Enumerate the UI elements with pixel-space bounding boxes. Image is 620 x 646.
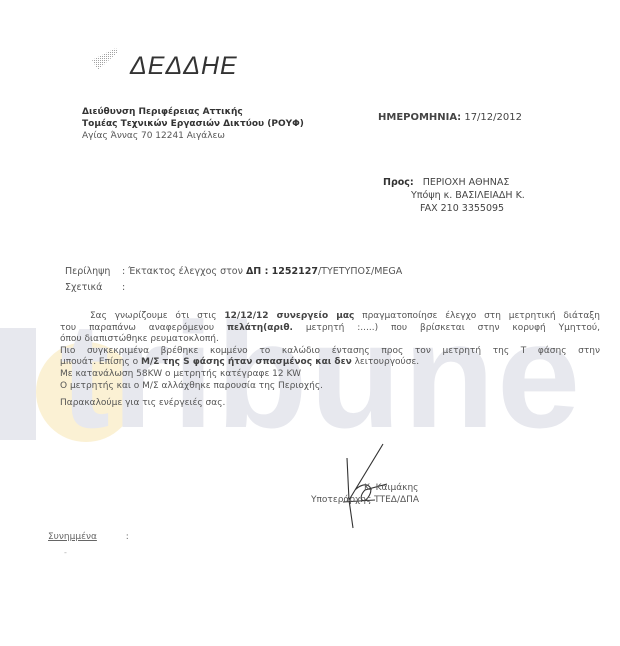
- sender-address: Αγίας Άννας 70 12241 Αιγάλεω: [82, 130, 304, 142]
- document-date: ΗΜΕΡΟΜΗΝΙΑ: 17/12/2012: [378, 112, 522, 123]
- body-text: Σας γνωρίζουμε ότι στις: [90, 311, 224, 321]
- signatory-title: Υποτεράρχης ΤΤΕΔ/ΔΠΑ: [311, 495, 419, 505]
- body-paragraph-1-end: όπου διαπιστώθηκε ρευματοκλοπή.: [60, 334, 600, 346]
- related-separator: :: [122, 282, 125, 293]
- body-text: πραγματοποίησε έλεγχο στη μετρητική διάτ…: [354, 311, 600, 321]
- body-paragraph-3: Με κατανάλωση 58KW ο μετρητής κατέγραφε …: [60, 369, 600, 381]
- recipient-fax: FAX 210 3355095: [383, 202, 525, 215]
- sender-block: Διεύθυνση Περιφέρειας Αττικής Τομέας Τεχ…: [82, 106, 304, 142]
- summary-meter-id: ΔΠ : 1252127: [246, 266, 318, 277]
- related-label: Σχετικά: [65, 280, 119, 296]
- date-value: 17/12/2012: [464, 112, 522, 123]
- attachments-item: -: [64, 548, 67, 557]
- body-text: λειτουργούσε.: [352, 357, 419, 367]
- logo-icon: [90, 46, 120, 72]
- recipient-block: Προς: ΠΕΡΙΟΧΗ ΑΘΗΝΑΣ Υπόψη κ. ΒΑΣΙΛΕΙΑΔΗ…: [383, 176, 525, 215]
- watermark-bar: [0, 328, 36, 440]
- body-paragraph-1-cont: του παραπάνω αναφερόμενου πελάτη(αριθ. μ…: [60, 323, 600, 335]
- summary-text: Έκτακτος έλεγχος στον: [128, 266, 246, 277]
- attachments-block: Συνημμένα : -: [48, 532, 129, 542]
- body-text: του παραπάνω αναφερόμενου: [60, 323, 227, 333]
- body-text: μετρητή :.....) που βρίσκεται στην κορυφ…: [293, 323, 600, 333]
- signatory-name: Κ. Καιμάκης: [364, 483, 418, 493]
- body-paragraph-4: Ο μετρητής και ο Μ/Σ αλλάχθηκε παρουσία …: [60, 381, 600, 393]
- summary-separator: :: [122, 266, 125, 277]
- sender-directorate: Διεύθυνση Περιφέρειας Αττικής: [82, 106, 304, 118]
- body-text-bold: Μ/Σ της S φάσης ήταν σπασμένος και δεν: [141, 357, 352, 367]
- recipient-label: Προς:: [383, 177, 414, 188]
- body-paragraph-1: Σας γνωρίζουμε ότι στις 12/12/12 συνεργε…: [60, 311, 600, 323]
- body-paragraph-2-cont: μπουάτ. Επίσης ο Μ/Σ της S φάσης ήταν σπ…: [60, 357, 600, 369]
- summary-suffix: /ΤΥΕΤΥΠΟΣ/MEGA: [318, 266, 402, 277]
- summary-block: Περίληψη : Έκτακτος έλεγχος στον ΔΠ : 12…: [65, 264, 402, 296]
- sender-department: Τομέας Τεχνικών Εργασιών Δικτύου (ΡΟΥΦ): [82, 118, 304, 130]
- body-text-bold: πελάτη(αριθ.: [227, 323, 293, 333]
- logo-text: ΔΕΔΔΗΕ: [130, 52, 238, 81]
- attachments-label: Συνημμένα: [48, 532, 97, 542]
- date-label: ΗΜΕΡΟΜΗΝΙΑ:: [378, 112, 461, 123]
- recipient-attention: Υπόψη κ. ΒΑΣΙΛΕΙΑΔΗ Κ.: [383, 189, 525, 202]
- letter-body: Σας γνωρίζουμε ότι στις 12/12/12 συνεργε…: [60, 311, 600, 410]
- summary-label: Περίληψη: [65, 264, 119, 280]
- recipient-name: ΠΕΡΙΟΧΗ ΑΘΗΝΑΣ: [423, 177, 510, 188]
- attachments-separator: :: [100, 532, 129, 542]
- body-text: μπουάτ. Επίσης ο: [60, 357, 141, 367]
- body-paragraph-2: Πιο συγκεκριμένα βρέθηκε κομμένο το καλώ…: [60, 346, 600, 358]
- body-paragraph-5: Παρακαλούμε για τις ενέργειές σας.: [60, 398, 600, 410]
- body-text-bold: 12/12/12 συνεργείο μας: [224, 311, 354, 321]
